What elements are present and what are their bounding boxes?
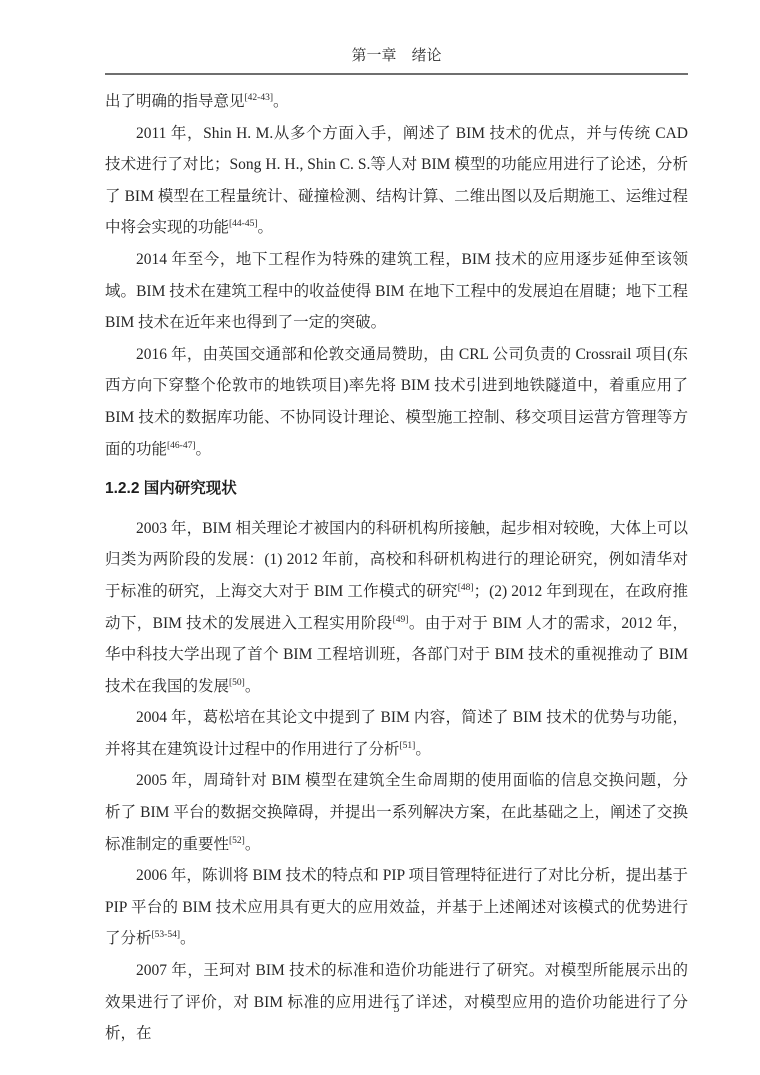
chapter-title: 第一章 绪论 [351, 48, 441, 64]
paragraph: 2004 年，葛松培在其论文中提到了 BIM 内容，简述了 BIM 技术的优势与… [105, 702, 688, 765]
page-content: 第一章 绪论 出了明确的指导意见[42-43]。2011 年，Shin H. M… [105, 46, 688, 1050]
citation-ref: [46-47] [167, 441, 196, 451]
page-number: 3 [105, 1001, 688, 1016]
paragraph: 2003 年，BIM 相关理论才被国内的科研机构所接触，起步相对较晚，大体上可以… [105, 513, 688, 703]
paragraph: 2016 年，由英国交通部和伦敦交通局赞助，由 CRL 公司负责的 Crossr… [105, 339, 688, 465]
citation-ref: [53-54] [152, 930, 181, 940]
paragraph: 2005 年，周琦针对 BIM 模型在建筑全生命周期的使用面临的信息交换问题，分… [105, 765, 688, 860]
chapter-header: 第一章 绪论 [105, 46, 688, 75]
document-page: 第一章 绪论 出了明确的指导意见[42-43]。2011 年，Shin H. M… [0, 0, 760, 1075]
paragraph: 2014 年至今，地下工程作为特殊的建筑工程，BIM 技术的应用逐步延伸至该领域… [105, 244, 688, 339]
paragraph: 2011 年，Shin H. M.从多个方面入手，阐述了 BIM 技术的优点，并… [105, 118, 688, 244]
document-body: 出了明确的指导意见[42-43]。2011 年，Shin H. M.从多个方面入… [105, 86, 688, 1050]
citation-ref: [51] [400, 741, 416, 751]
citation-ref: [48] [458, 583, 474, 593]
section-heading: 1.2.2 国内研究现状 [105, 473, 688, 505]
citation-ref: [52] [229, 836, 245, 846]
citation-ref: [50] [229, 678, 245, 688]
citation-ref: [49] [393, 615, 409, 625]
citation-ref: [44-45] [229, 219, 258, 229]
paragraph: 2006 年，陈训将 BIM 技术的特点和 PIP 项目管理特征进行了对比分析，… [105, 860, 688, 955]
paragraph: 出了明确的指导意见[42-43]。 [105, 86, 688, 118]
citation-ref: [42-43] [245, 93, 274, 103]
